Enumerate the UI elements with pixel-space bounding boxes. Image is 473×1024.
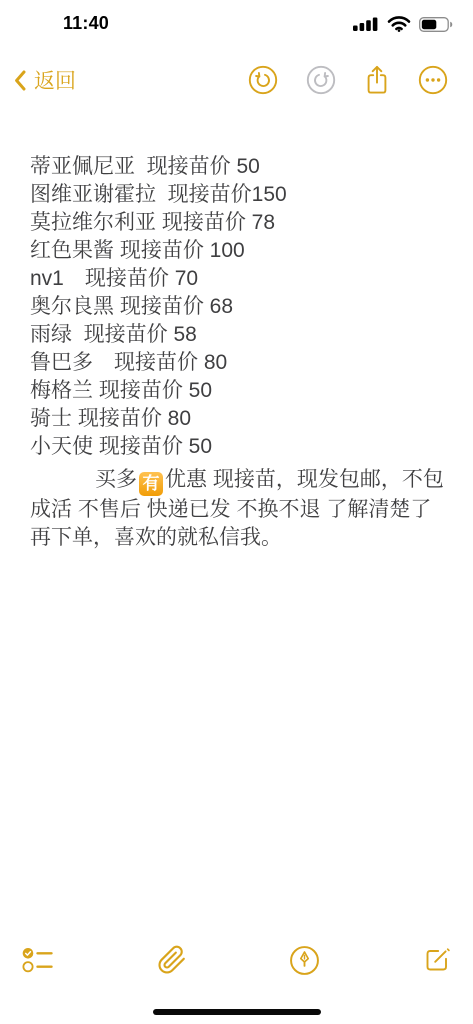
share-icon [364, 64, 390, 96]
plant-price: 现接苗价 80 [78, 407, 191, 430]
note-line: 梅格兰 现接苗价 50 [30, 377, 449, 405]
markup-button[interactable] [289, 945, 320, 976]
battery-half-icon [419, 17, 453, 32]
checklist-icon [21, 946, 55, 974]
note-line: 鲁巴多 现接苗价 80 [30, 349, 449, 377]
plant-price: 现接苗价 70 [85, 267, 198, 290]
plant-name: 蒂亚佩尼亚 [30, 155, 135, 178]
status-time: 11:40 [55, 13, 117, 34]
plant-price: 现接苗价 100 [120, 239, 245, 262]
plant-price: 现接苗价 78 [162, 211, 275, 234]
note-line: 小天使 现接苗价 50 [30, 433, 449, 461]
plant-price: 现接苗价 50 [147, 155, 260, 178]
plant-name: 图维亚谢霍拉 [30, 183, 156, 206]
redo-button[interactable] [306, 65, 336, 95]
plant-name: 梅格兰 [30, 379, 93, 402]
plant-price: 现接苗价 68 [120, 295, 233, 318]
checklist-button[interactable] [21, 946, 55, 974]
note-line: nv1 现接苗价 70 [30, 265, 449, 293]
plant-name: 雨绿 [30, 323, 72, 346]
plant-name: 莫拉维尔利亚 [30, 211, 156, 234]
undo-icon [248, 65, 278, 95]
sales-terms-paragraph: 买多有优惠 现接苗，现发包邮，不包成活 不售后 快递已发 不换不退 了解清楚了再… [30, 466, 449, 552]
cellular-signal-icon [353, 17, 379, 31]
notes-app-screen: 11:40 [0, 0, 473, 1024]
bottom-toolbar [0, 938, 473, 982]
note-line: 蒂亚佩尼亚 现接苗价 50 [30, 153, 449, 181]
note-line: 奥尔良黑 现接苗价 68 [30, 293, 449, 321]
note-line: 骑士 现接苗价 80 [30, 405, 449, 433]
nav-bar: 返回 [0, 55, 473, 105]
note-line: 莫拉维尔利亚 现接苗价 78 [30, 209, 449, 237]
plant-name: 鲁巴多 [30, 351, 93, 374]
home-indicator[interactable] [153, 1009, 321, 1015]
markup-pen-icon [289, 945, 320, 976]
plant-price: 现接苗价 80 [114, 351, 227, 374]
plant-name: 红色果酱 [30, 239, 114, 262]
plant-price: 现接苗价150 [168, 183, 287, 206]
status-bar: 11:40 [0, 0, 473, 50]
plant-name: 奥尔良黑 [30, 295, 114, 318]
squared-you-emoji: 有 [139, 472, 163, 496]
attachment-button[interactable] [157, 945, 187, 975]
plant-price: 现接苗价 58 [84, 323, 197, 346]
wifi-icon [387, 16, 411, 32]
note-line: 红色果酱 现接苗价 100 [30, 237, 449, 265]
paperclip-icon [157, 945, 187, 975]
note-body[interactable]: 蒂亚佩尼亚 现接苗价 50 图维亚谢霍拉 现接苗价150 莫拉维尔利亚 现接苗价… [30, 153, 449, 552]
back-button-label: 返回 [34, 65, 76, 95]
plant-name: 小天使 [30, 435, 93, 458]
note-line: 雨绿 现接苗价 58 [30, 321, 449, 349]
plant-price: 现接苗价 50 [99, 379, 212, 402]
note-line: 图维亚谢霍拉 现接苗价150 [30, 181, 449, 209]
undo-button[interactable] [248, 65, 278, 95]
share-button[interactable] [364, 64, 390, 96]
compose-icon [422, 945, 452, 975]
plant-name: 骑士 [30, 407, 72, 430]
more-ellipsis-icon [418, 65, 448, 95]
redo-icon [306, 65, 336, 95]
more-button[interactable] [418, 65, 448, 95]
back-button[interactable]: 返回 [14, 65, 76, 95]
plant-name: nv1 [30, 267, 64, 290]
plant-price: 现接苗价 50 [99, 435, 212, 458]
compose-button[interactable] [422, 945, 452, 975]
chevron-left-icon [14, 70, 26, 91]
